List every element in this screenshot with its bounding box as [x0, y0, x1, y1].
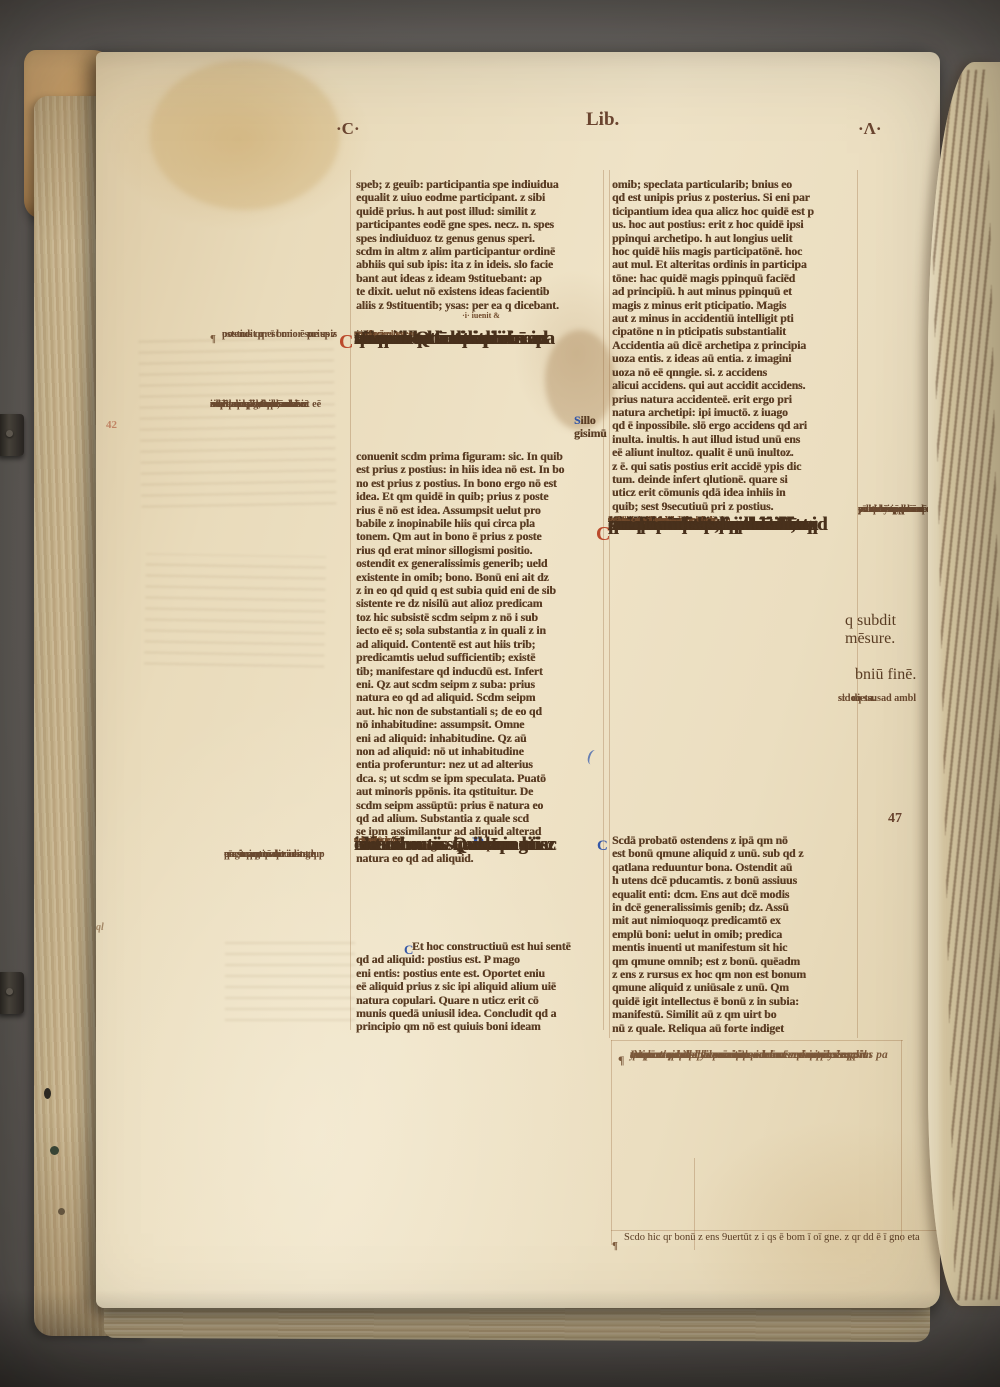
left-column-commentary-top: speb; z geuib: participantia spe indiuid… — [356, 178, 606, 320]
right-column-commentary-bottom: Scdā probatō ostendens z ipā qm nōest bo… — [612, 834, 862, 1035]
manuscript-photo: ·C· Lib. ·Λ· speb; z geuib: participanti… — [0, 0, 1000, 1387]
ruling-line — [611, 1040, 903, 1041]
margin-numeral-lower: ql — [96, 923, 104, 933]
running-header-left-mark: ·C· — [336, 120, 360, 137]
footnote-bottom-line: Scdo hic qr bonū z ens 9uertūt z i qs ē … — [624, 1232, 954, 1243]
next-page-text-showing — [929, 70, 1000, 1301]
ruling-line — [611, 1040, 612, 1245]
ruling-line — [901, 1040, 902, 1242]
folio-number: 47 — [888, 812, 902, 826]
edge-speck — [44, 1088, 51, 1099]
parchment-stain — [150, 60, 340, 210]
edge-speck — [58, 1208, 65, 1215]
ruling-line — [611, 1230, 941, 1231]
pilcrow-mark: ¶ — [210, 329, 216, 349]
pilcrow-mark: ¶ — [618, 1050, 624, 1070]
edge-speck — [50, 1146, 59, 1155]
left-column-commentary-mid: conuenit scdm prima figuram: sic. In qui… — [356, 450, 606, 866]
ruling-line — [350, 170, 351, 1030]
running-header-title: Lib. — [586, 111, 619, 128]
next-page-edge — [928, 62, 1000, 1306]
red-capitulum-mark: C — [339, 332, 353, 352]
pilcrow-mark: ¶ — [612, 1236, 618, 1256]
binding-clasp-upper — [0, 414, 24, 456]
right-column-commentary-top: omib; speclata particularib; bnius eoqd … — [612, 178, 862, 513]
syllogism-note: Sillogisimū — [574, 414, 614, 441]
left-column-commentary-end: Et hoc constructiuū est hui sentēqd ad a… — [356, 940, 606, 1034]
binding-clasp-lower — [0, 972, 24, 1014]
ruling-line — [609, 170, 610, 1038]
blue-capitulum-mark: C — [597, 836, 608, 856]
running-header-right-mark: ·Λ· — [858, 120, 882, 137]
margin-numeral-upper: 42 — [106, 420, 117, 431]
